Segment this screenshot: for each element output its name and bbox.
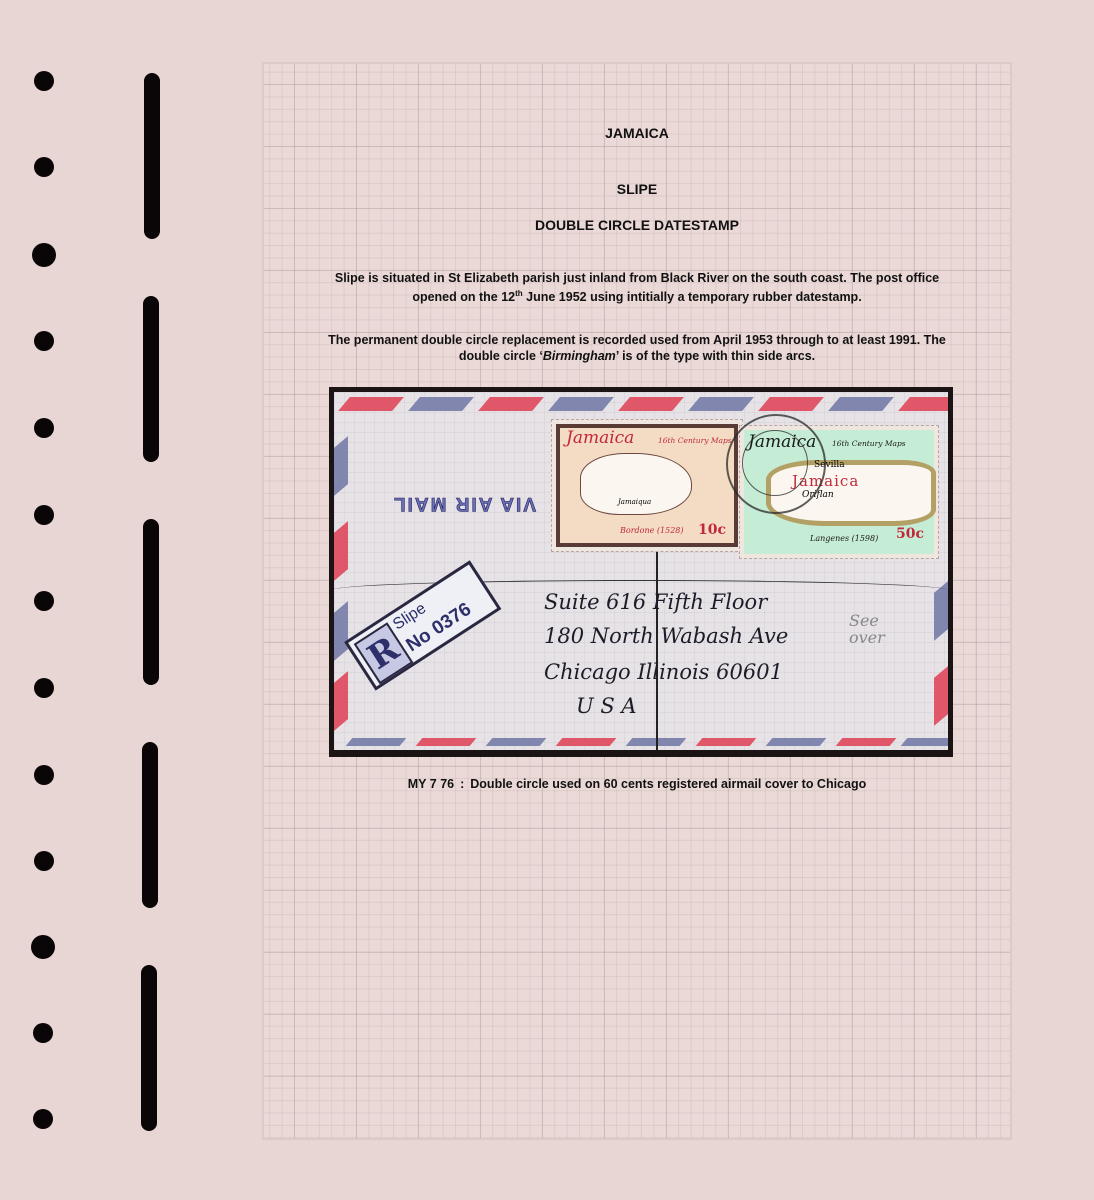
airmail-stripe [901,738,948,746]
via-air-mail-label: VIA AIR MAIL [392,492,536,514]
binder-slot [142,742,158,908]
paragraph-line: Slipe is situated in St Elizabeth parish… [264,270,1010,286]
airmail-stripe [416,738,477,746]
airmail-stripe [486,738,547,746]
punch-hole [34,851,54,871]
airmail-stripe [766,738,827,746]
airmail-stripe [828,397,894,411]
cover-caption: MY 7 76:Double circle used on 60 cents r… [264,777,1010,791]
annotation-line: over [849,629,885,646]
airmail-stripe [618,397,684,411]
airmail-stripe [338,397,404,411]
text-span: June 1952 using intitially a temporary r… [523,290,862,304]
punch-hole [34,418,54,438]
airmail-stripe [346,738,407,746]
see-over-annotation: See over [849,612,885,646]
airmail-stripe [696,738,757,746]
binder-slot [141,965,157,1131]
annotation-line: See [849,612,885,629]
town-heading: SLIPE [264,181,1010,197]
airmail-stripe [334,521,348,581]
address-line: U S A [576,694,637,718]
airmail-stripe [334,601,348,661]
address-line: 180 North Wabash Ave [544,624,788,648]
airmail-cover: VIA AIR MAIL Jamaiqua Jamaica 16th Centu… [334,392,948,750]
paragraph-line: The permanent double circle replacement … [264,332,1010,348]
stamp-design: Jamaiqua Jamaica 16th Century Maps Bordo… [556,424,738,547]
airmail-stripe [898,397,948,411]
airmail-stripe [334,436,348,496]
stamp-credit: Bordone (1528) [620,526,684,535]
caption-ref: MY 7 76 [408,777,454,791]
punch-hole [34,505,54,525]
registered-r-icon: R [354,622,414,684]
datestamp-type: Birmingham [543,349,616,363]
punch-hole [34,591,54,611]
country-heading: JAMAICA [264,125,1010,141]
description-paragraph-1: Slipe is situated in St Elizabeth parish… [264,270,1010,305]
description-paragraph-2: The permanent double circle replacement … [264,332,1010,364]
map-label: Jamaiqua [618,498,651,506]
stamp-value: 10c [698,522,726,538]
stamp-credit: Langenes (1598) [810,534,878,543]
airmail-stripe [934,666,948,726]
punch-hole [34,678,54,698]
text-span: ’ is of the type with thin side arcs. [616,349,815,363]
paragraph-line: opened on the 12th June 1952 using intit… [264,286,1010,305]
airmail-stripe [334,671,348,731]
address-line: Chicago Illinois 60601 [544,660,783,684]
airmail-stripe [836,738,897,746]
punch-hole [31,935,55,959]
registration-label: R Slipe No 0376 [344,560,501,690]
text-span: double circle ‘ [459,349,543,363]
ordinal-suffix: th [515,289,523,298]
airmail-stripe [556,738,617,746]
airmail-stripe [408,397,474,411]
punch-hole [33,1023,53,1043]
stamp-series: 16th Century Maps [832,439,906,448]
binder-slot [143,296,159,462]
stamp-value: 50c [896,526,924,542]
address-line: Suite 616 Fifth Floor [544,590,767,614]
punch-hole [32,243,56,267]
punch-hole [34,157,54,177]
binder-slot [144,73,160,239]
cover-mount: VIA AIR MAIL Jamaiqua Jamaica 16th Centu… [329,387,953,757]
caption-text: Double circle used on 60 cents registere… [470,777,866,791]
subtitle-heading: DOUBLE CIRCLE DATESTAMP [264,217,1010,233]
paragraph-line: double circle ‘Birmingham’ is of the typ… [264,348,1010,364]
punch-hole [33,1109,53,1129]
airmail-stripe [688,397,754,411]
text-span: opened on the 12 [412,290,515,304]
airmail-stripe [548,397,614,411]
stamp-10c: Jamaiqua Jamaica 16th Century Maps Bordo… [551,419,743,552]
punch-hole [34,71,54,91]
airmail-stripe [478,397,544,411]
punch-hole [34,765,54,785]
double-circle-postmark [726,414,826,514]
punch-hole [34,331,54,351]
airmail-stripe [758,397,824,411]
caption-separator: : [460,777,464,791]
stamp-series: 16th Century Maps [658,436,732,445]
stamp-country: Jamaica [566,428,634,448]
binder-slot [143,519,159,685]
